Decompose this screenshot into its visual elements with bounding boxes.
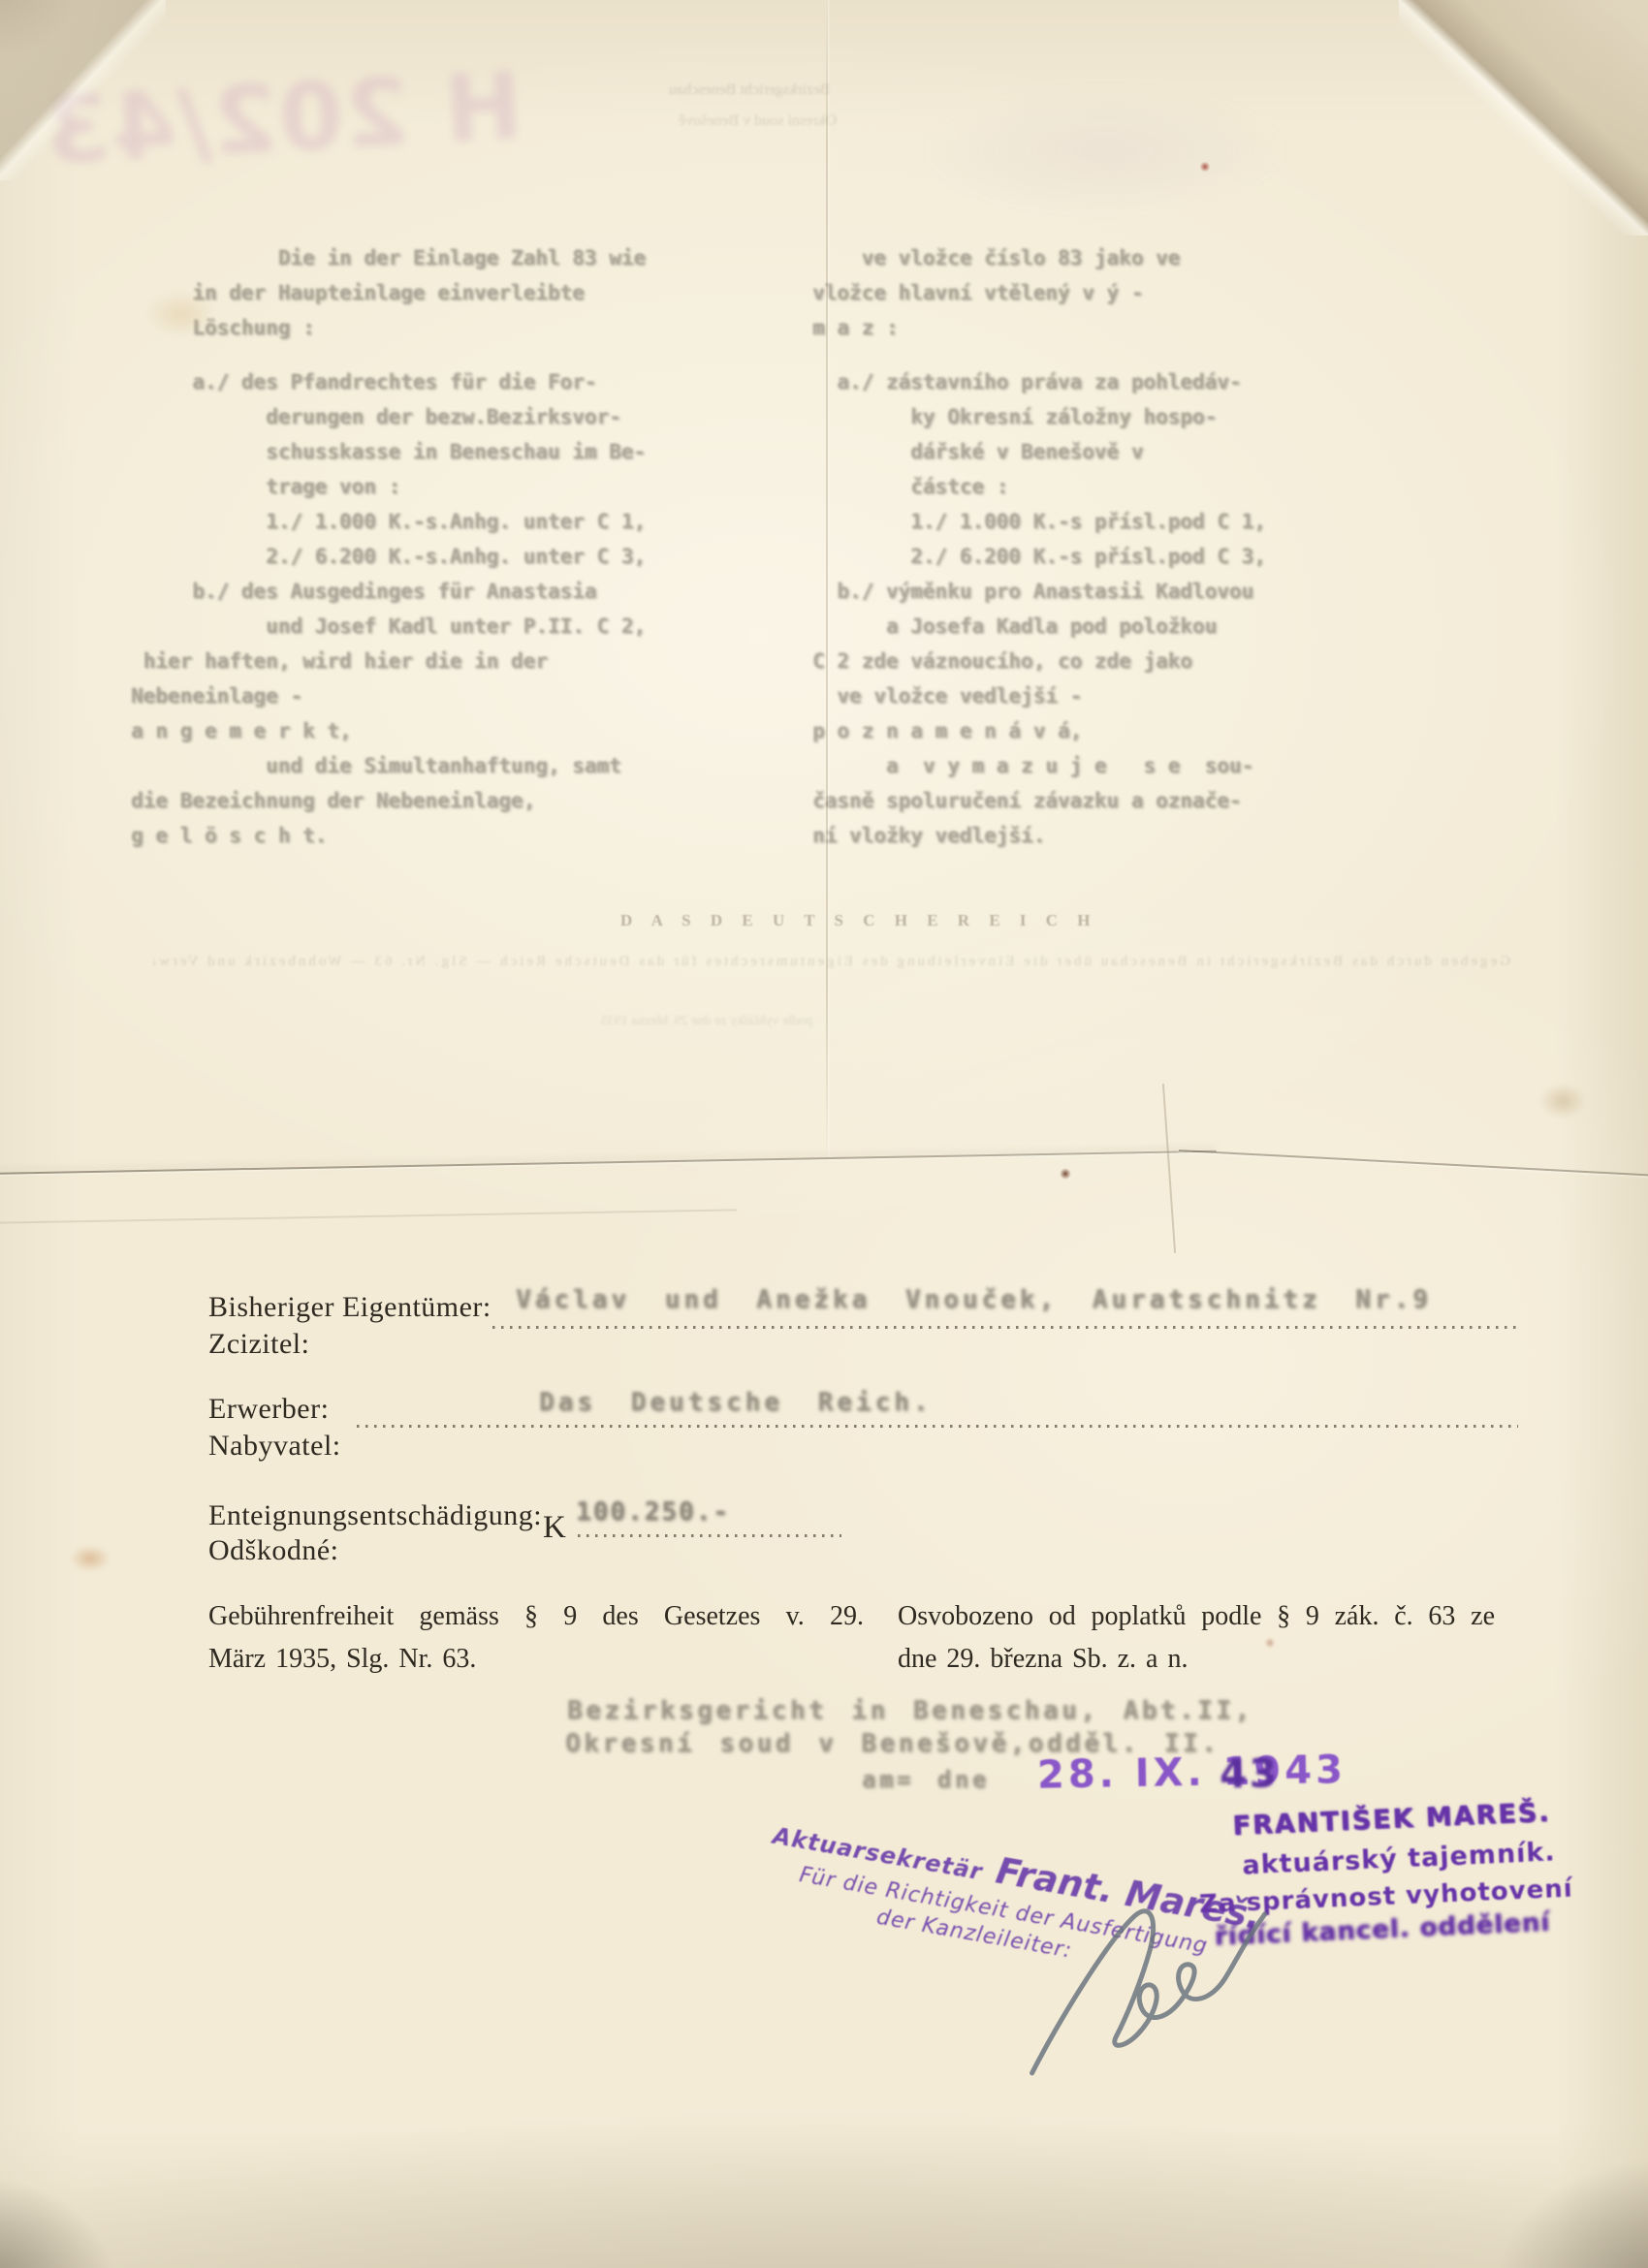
typed-line: b./ výměnku pro Anastasii Kadlovou: [812, 574, 1266, 609]
stamp-officer-name: FRANTIŠEK MAREŠ.: [1232, 1797, 1570, 1842]
compensation-typed-amount: 100.250.-: [576, 1497, 730, 1527]
typed-line: ní vložky vedlejší.: [812, 818, 1266, 853]
typed-line: und Josef Kadl unter P.II. C 2,: [131, 609, 646, 644]
typed-line: dářské v Benešově v: [812, 434, 1266, 469]
fold-crease-horizontal: [0, 1209, 737, 1223]
label-nabyvatel: Nabyvatel:: [208, 1430, 341, 1463]
typed-line: derungen der bezw.Bezirksvor-: [131, 399, 646, 434]
handwritten-signature: [988, 1882, 1306, 2092]
typed-line: časně spoluručení závazku a označe-: [812, 783, 1266, 818]
typed-line: trage von :: [131, 469, 646, 504]
fold-crease-vertical: [826, 0, 828, 1161]
paper-stain: [1539, 1084, 1586, 1118]
date-stamp: 28. IX. 1943 43: [1037, 1748, 1347, 1798]
typed-line: 2./ 6.200 K.-s.Anhg. unter C 3,: [131, 539, 646, 574]
typed-line: g e l ö s c h t.: [131, 818, 646, 853]
typed-line: 2./ 6.200 K.-s přísl.pod C 3,: [812, 539, 1266, 574]
typed-line: částce :: [812, 469, 1266, 504]
typed-line: [812, 345, 1266, 364]
stamp-line: aktuárský tajemník.: [1242, 1837, 1572, 1881]
paper-stain: [70, 1545, 111, 1572]
typed-line: die Bezeichnung der Nebeneinlage,: [131, 783, 646, 818]
ink-bleed-heading: D A S D E U T S C H E R E I C H: [620, 911, 1098, 930]
ink-bleed-line: Gegeben durch das Bezirksgericht in Bene…: [153, 954, 1510, 970]
currency-symbol: K: [543, 1510, 566, 1546]
typed-line: [131, 345, 646, 364]
label-bisheriger-eigentuemer: Bisheriger Eigentümer:: [208, 1291, 491, 1324]
fold-crease-vertical: [1162, 1084, 1176, 1253]
typed-line: a./ zástavního práva za pohledáv-: [812, 364, 1266, 399]
typed-text-czech-column: ve vložce číslo 83 jako vevložce hlavní …: [812, 240, 1266, 853]
typed-line: a v y m a z u j e s e sou-: [812, 748, 1266, 783]
label-zcizitel: Zcizitel:: [208, 1328, 309, 1361]
typed-line: a Josefa Kadla pod položkou: [812, 609, 1266, 644]
date-stamp-year-overprint: 43: [1220, 1749, 1280, 1797]
typed-line: hier haften, wird hier die in der: [131, 644, 646, 678]
dotted-fill-line: [357, 1425, 1518, 1428]
clause-line: März 1935, Slg. Nr. 63.: [208, 1638, 864, 1681]
label-erwerber: Erwerber:: [208, 1393, 329, 1426]
ink-bleed-fragment: Bezirksgericht Beneschau: [669, 81, 831, 99]
clause-line: dne 29. března Sb. z. a n.: [898, 1638, 1495, 1681]
fee-exemption-clause-german: Gebührenfreiheit gemäss § 9 des Gesetzes…: [208, 1595, 864, 1681]
date-stamp-text: 28. IX. 1943: [1037, 1748, 1347, 1798]
fold-crease-horizontal: [1179, 1150, 1648, 1178]
paper-stain: [1060, 1168, 1071, 1180]
owner-typed-value: Václav und Anežka Vnouček, Auratschnitz …: [516, 1285, 1432, 1314]
paper-stain: [921, 87, 1289, 213]
typed-line: b./ des Ausgedinges für Anastasia: [131, 574, 646, 609]
typed-text-german-column: Die in der Einlage Zahl 83 wie in der Ha…: [131, 240, 646, 853]
typed-line: schusskasse in Beneschau im Be-: [131, 434, 646, 469]
typed-line: Löschung :: [131, 310, 646, 345]
typed-line: m a z :: [812, 310, 1266, 345]
typed-line: in der Haupteinlage einverleibte: [131, 275, 646, 310]
typed-line: ky Okresní záložny hospo-: [812, 399, 1266, 434]
scanned-document-page: H 202/43 Bezirksgericht Beneschau Okresn…: [0, 0, 1648, 2268]
typed-line: und die Simultanhaftung, samt: [131, 748, 646, 783]
typed-line: a n g e m e r k t,: [131, 713, 646, 748]
court-name-german-typed: Bezirksgericht in Beneschau, Abt.II,: [567, 1696, 1253, 1725]
ink-bleed-fragment: podle vyhlášky ze dne 29. března 1935: [601, 1014, 812, 1029]
typed-line: Die in der Einlage Zahl 83 wie: [131, 240, 646, 275]
typed-line: ve vložce číslo 83 jako ve: [812, 240, 1266, 275]
typed-line: C 2 zde váznoucího, co zde jako: [812, 644, 1266, 678]
typed-line: ve vložce vedlejší -: [812, 678, 1266, 713]
label-odskodne: Odškodné:: [208, 1534, 339, 1567]
typed-line: Nebeneinlage -: [131, 678, 646, 713]
page-corner-fold: [0, 0, 166, 180]
dotted-fill-line: [492, 1326, 1518, 1329]
acquirer-typed-value: Das Deutsche Reich.: [539, 1388, 932, 1417]
clause-line: Gebührenfreiheit gemäss § 9 des Gesetzes…: [208, 1595, 864, 1638]
typed-line: p o z n a m e n á v á,: [812, 713, 1266, 748]
typed-line: vložce hlavní vtělený v ý -: [812, 275, 1266, 310]
dotted-fill-line: [578, 1534, 841, 1537]
page-corner-fold: [1399, 0, 1648, 236]
typed-line: 1./ 1.000 K.-s.Anhg. unter C 1,: [131, 504, 646, 539]
label-enteignungsentschaedigung: Enteignungsentschädigung:: [208, 1499, 542, 1532]
typed-line: a./ des Pfandrechtes für die For-: [131, 364, 646, 399]
paper-stain: [1200, 161, 1210, 173]
am-dne-typed: am= dne: [862, 1766, 990, 1793]
clause-line: Osvobozeno od poplatků podle § 9 zák. č.…: [898, 1595, 1495, 1638]
fee-exemption-clause-czech: Osvobozeno od poplatků podle § 9 zák. č.…: [898, 1595, 1495, 1681]
typed-line: 1./ 1.000 K.-s přísl.pod C 1,: [812, 504, 1266, 539]
fold-crease-horizontal: [0, 1150, 1217, 1175]
ink-bleed-fragment: Okresní soud v Benešově: [679, 112, 837, 130]
